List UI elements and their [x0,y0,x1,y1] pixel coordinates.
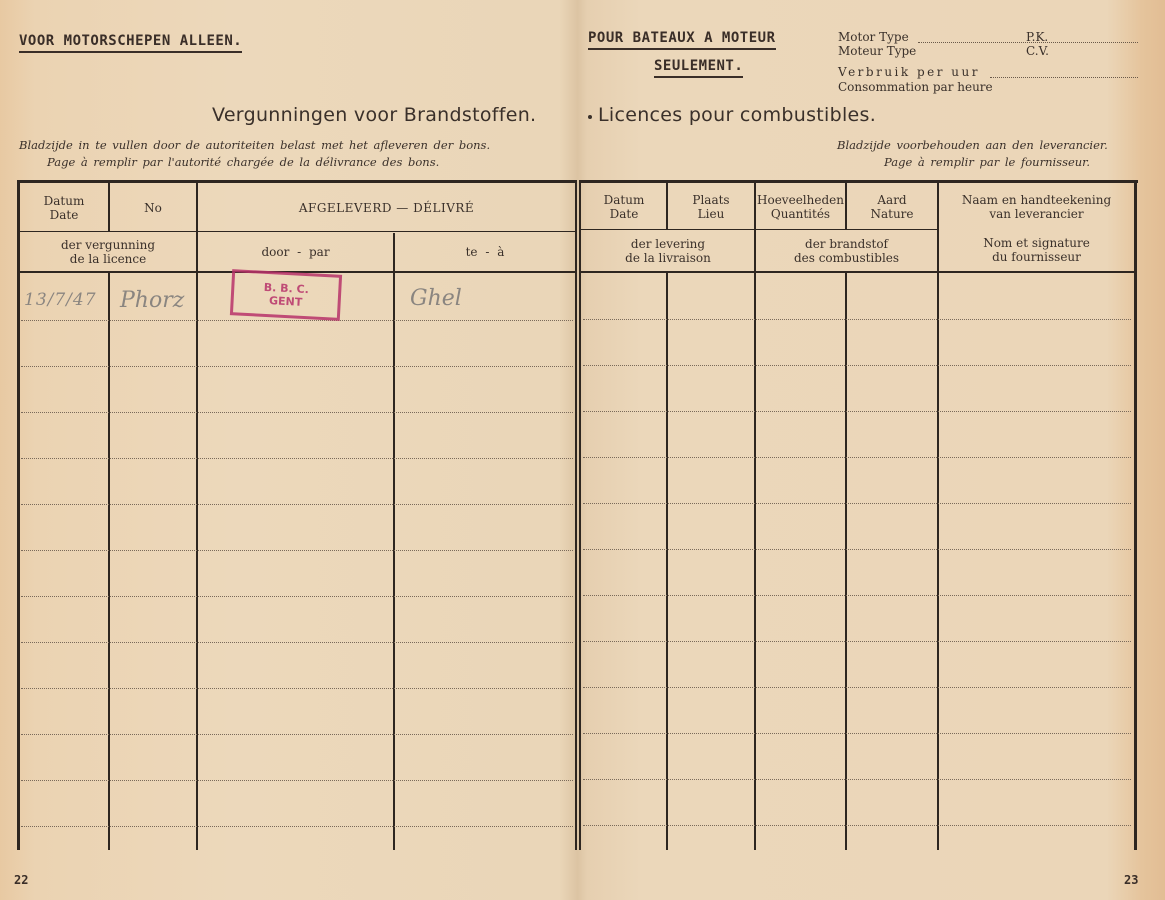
right-header-delivery: der levering de la livraison [582,231,754,271]
left-row-line [21,458,573,459]
consumption-nl: Verbruik per uur [838,65,980,79]
right-row-line [583,549,1131,550]
right-col-divider-place-qty [754,183,756,850]
right-header-bottom-border [580,271,1134,273]
left-header-by: door - par [198,233,393,271]
right-table-left-border [579,180,581,850]
header-nature-fr: Nature [870,207,913,221]
left-row-line [21,734,573,735]
power-units: P.K. C.V. [1026,30,1049,58]
right-row-line [583,825,1131,826]
header-delivered-text: AFGELEVERD — DÉLIVRÉ [299,201,474,215]
header-delivery-nl: der levering [631,237,705,251]
right-col-divider-qty-nature [845,273,847,850]
header-by-text: door - par [261,245,329,259]
entry-no-handwritten: Phorz [120,288,184,313]
header-date-nl: Datum [604,193,645,207]
left-header-delivered: AFGELEVERD — DÉLIVRÉ [198,186,575,230]
left-table-left-border [17,180,20,850]
right-header-date: Datum Date [582,185,666,229]
header-fuel-fr: des combustibles [794,251,899,265]
left-header-date: Datum Date [20,186,108,230]
left-row-line [21,320,573,321]
consumption-field[interactable] [990,77,1138,78]
header-date-fr: Date [50,208,79,222]
right-instruction-nl: Bladzijde voorbehouden aan den leveranci… [837,138,1108,152]
left-instruction-nl: Bladzijde in te vullen door de autoritei… [19,138,490,152]
supplier-header-nl: Naam en handteekening van leverancier [962,193,1111,221]
header-to-text: te - à [466,245,505,259]
consumption-fr: Consommation par heure [838,80,993,94]
left-page-number: 22 [14,873,28,887]
title-separator-dot [588,115,592,119]
left-row-line [21,780,573,781]
right-instruction-fr: Page à remplir par le fournisseur. [884,155,1090,169]
stamp-line2: GENT [269,294,303,309]
left-row-line [21,366,573,367]
left-row-line [21,504,573,505]
left-header-to: te - à [395,233,575,271]
left-col-divider-no-delivered [196,183,198,850]
left-table-right-border [575,180,577,850]
right-header-nature: Aard Nature [847,185,937,229]
supplier-header-nl-line2: van leverancier [962,207,1111,221]
header-place-nl: Plaats [692,193,729,207]
supplier-header-fr-line2: du fournisseur [983,250,1090,264]
right-page-heading-line2: SEULEMENT. [654,58,743,78]
right-row-line [583,411,1131,412]
left-row-line [21,826,573,827]
right-header-place: Plaats Lieu [668,185,754,229]
right-col-divider-nature-name [937,183,939,850]
right-row-line [583,687,1131,688]
right-header-supplier: Naam en handteekening van leverancier No… [939,185,1134,271]
header-licence-nl: der vergunning [61,238,155,252]
right-row-line [583,595,1131,596]
supplier-header-nl-line1: Naam en handteekening [962,193,1111,207]
header-nature-nl: Aard [877,193,906,207]
right-table-top-border [580,180,1138,183]
pk-label: P.K. [1026,30,1049,44]
left-row-line [21,642,573,643]
header-date-fr: Date [610,207,639,221]
header-date-nl: Datum [44,194,85,208]
header-qty-nl: Hoeveelheden [757,193,844,207]
right-header-quantity: Hoeveelheden Quantités [756,185,845,229]
header-licence-fr: de la licence [70,252,146,266]
left-row-line [21,550,573,551]
left-row-line [21,596,573,597]
left-page-heading: VOOR MOTORSCHEPEN ALLEEN. [19,33,242,53]
right-table-right-border [1134,180,1137,850]
motor-type-label: Motor Type Moteur Type [838,30,916,58]
header-place-fr: Lieu [698,207,725,221]
right-header-fuel: der brandstof des combustibles [756,231,937,271]
header-delivery-fr: de la livraison [625,251,711,265]
left-header-no: No [110,186,196,230]
left-col-divider-by-to [393,233,395,850]
left-row-line [21,412,573,413]
left-table-top-border [17,180,577,183]
right-row-line [583,641,1131,642]
left-header-licence: der vergunning de la licence [20,233,196,271]
right-row-line [583,733,1131,734]
motor-type-nl: Motor Type [838,30,916,44]
header-qty-fr: Quantités [771,207,830,221]
supplier-header-fr-line1: Nom et signature [983,236,1090,250]
right-page-heading-line1: POUR BATEAUX A MOTEUR [588,30,776,50]
right-row-line [583,319,1131,320]
right-row-line [583,457,1131,458]
entry-date-handwritten: 13/7/47 [24,290,97,310]
header-no-text: No [144,201,162,215]
left-header-divider [17,231,577,232]
bbc-gent-stamp: B. B. C. GENT [230,269,342,321]
right-row-line [583,779,1131,780]
cv-label: C.V. [1026,44,1049,58]
right-header-divider [580,229,938,230]
right-col-divider-date-place [666,273,668,850]
left-row-line [21,688,573,689]
right-page-number: 23 [1124,873,1138,887]
left-page-title: Vergunningen voor Brandstoffen. [212,104,536,126]
entry-to-handwritten: Ghel [410,286,462,311]
header-fuel-nl: der brandstof [805,237,888,251]
motor-type-fr: Moteur Type [838,44,916,58]
right-row-line [583,503,1131,504]
left-instruction-fr: Page à remplir par l'autorité chargée de… [47,155,439,169]
supplier-header-fr: Nom et signature du fournisseur [983,236,1090,264]
left-col-divider-date-no [108,273,110,850]
right-row-line [583,365,1131,366]
right-page-title: Licences pour combustibles. [598,104,876,126]
